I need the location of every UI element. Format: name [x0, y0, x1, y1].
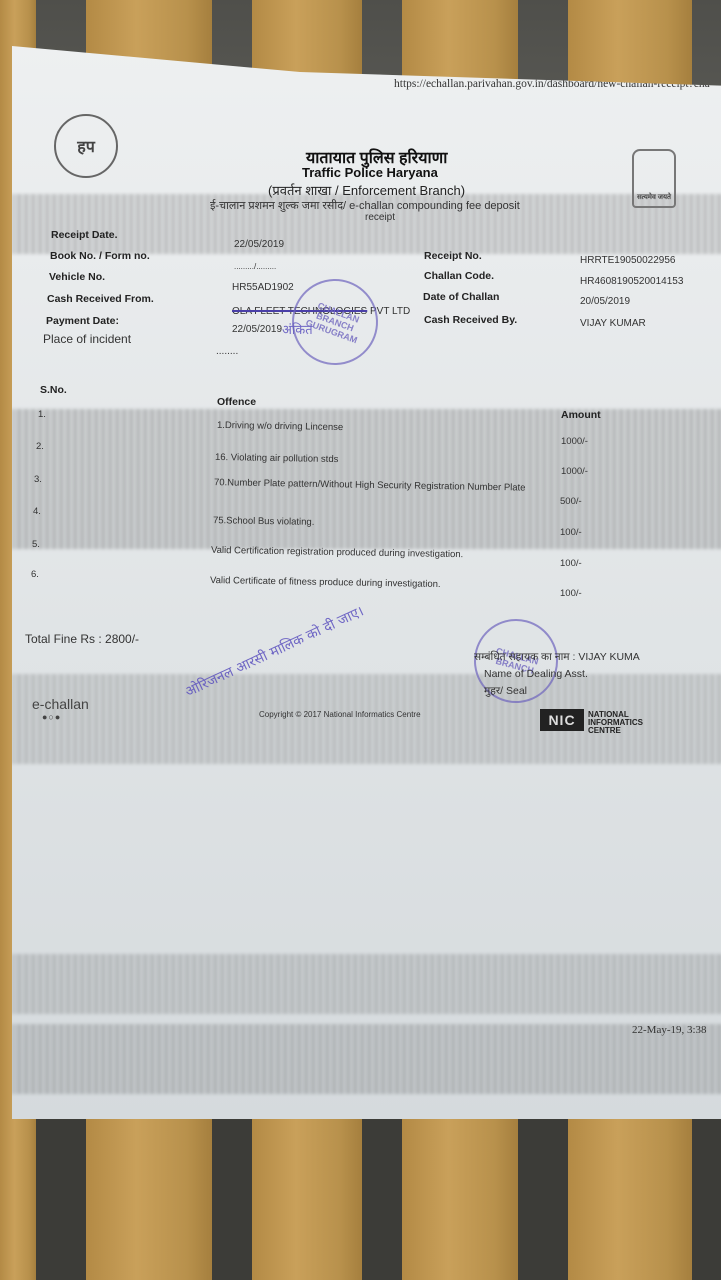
nic-name: NATIONAL INFORMATICS CENTRE — [588, 711, 643, 735]
echallan-dots-icon: ●○● — [42, 712, 89, 722]
dealing-assistant-name: सम्बंधित सहायक का नाम : VIJAY KUMA — [474, 650, 640, 664]
challan-code-label: Challan Code. — [424, 270, 494, 282]
book-no-value: ........./......... — [234, 262, 276, 271]
row-sno: 5. — [32, 539, 40, 550]
receipt-no-label: Receipt No. — [424, 250, 482, 262]
branch-name: (प्रवर्तन शाखा / Enforcement Branch) — [268, 181, 465, 199]
row-amount: 500/- — [560, 496, 582, 507]
row-amount: 100/- — [560, 527, 582, 538]
row-offence: 75.School Bus violating. — [213, 515, 315, 528]
date-of-challan-label: Date of Challan — [423, 291, 499, 303]
handwritten-note: ओरिजनल आरसी मालिक को दी जाए। — [182, 602, 367, 702]
nic-logo-icon: NIC — [540, 709, 584, 731]
row-sno: 3. — [34, 474, 42, 485]
print-timestamp: 22-May-19, 3:38 — [632, 1024, 707, 1036]
nic-line-3: CENTRE — [588, 727, 643, 735]
cash-received-from-label: Cash Received From. — [47, 293, 154, 305]
date-of-challan-value: 20/05/2019 — [580, 296, 630, 307]
place-of-incident-label: Place of incident — [43, 332, 131, 346]
echallan-logo-text: e-challan — [32, 696, 89, 712]
receipt-no-value: HRRTE19050022956 — [580, 255, 675, 266]
receipt-date-label: Receipt Date. — [51, 229, 118, 241]
place-of-incident-value: ........ — [216, 346, 238, 357]
ashoka-emblem-icon: सत्यमेव जयते — [632, 149, 676, 208]
vehicle-no-label: Vehicle No. — [49, 271, 105, 283]
row-amount: 100/- — [560, 558, 582, 569]
cash-received-by-value: VIJAY KUMAR — [580, 318, 646, 329]
receipt-title-2: receipt — [365, 212, 395, 223]
row-sno: 6. — [31, 569, 39, 580]
column-header-offence: Offence — [217, 396, 256, 408]
book-no-label: Book No. / Form no. — [50, 250, 150, 262]
vehicle-no-value: HR55AD1902 — [232, 282, 294, 293]
copyright-text: Copyright © 2017 National Informatics Ce… — [259, 710, 421, 719]
receipt-date-value: 22/05/2019 — [234, 239, 284, 250]
row-amount: 1000/- — [561, 436, 588, 447]
dealing-assistant-label: Name of Dealing Asst. — [484, 668, 588, 680]
challan-receipt-paper: https://echallan.parivahan.gov.in/dashbo… — [12, 34, 721, 1119]
seal-label: मुहर/ Seal — [484, 684, 527, 698]
row-sno: 1. — [38, 409, 46, 420]
echallan-logo: e-challan ●○● — [32, 696, 89, 722]
column-header-sno: S.No. — [40, 384, 67, 396]
row-offence: Valid Certificate of fitness produce dur… — [210, 575, 441, 590]
nic-logo-text: NIC — [548, 712, 575, 728]
title-english: Traffic Police Haryana — [302, 165, 438, 180]
row-offence: 70.Number Plate pattern/Without High Sec… — [214, 477, 544, 494]
row-offence: Valid Certification registration produce… — [211, 545, 463, 560]
emblem-motto: सत्यमेव जयते — [637, 193, 671, 202]
row-offence: 16. Violating air pollution stds — [215, 452, 339, 465]
receipt-title: ई-चालान प्रशमन शुल्क जमा रसीद/ e-challan… — [210, 198, 520, 213]
stamp-text: CHALLAN BRANCH GURUGRAM — [302, 298, 369, 347]
total-fine: Total Fine Rs : 2800/- — [25, 632, 139, 646]
payment-date-value: 22/05/2019 — [232, 324, 282, 335]
row-sno: 2. — [36, 441, 44, 452]
row-amount: 1000/- — [561, 466, 588, 477]
challan-code-value: HR4608190520014153 — [580, 276, 683, 287]
row-amount: 100/- — [560, 588, 582, 599]
cash-received-by-label: Cash Received By. — [424, 314, 517, 326]
challan-branch-stamp: CHALLAN BRANCH GURUGRAM — [280, 267, 390, 377]
row-offence: 1.Driving w/o driving Lincense — [217, 420, 343, 433]
payment-date-label: Payment Date: — [46, 315, 119, 327]
column-header-amount: Amount — [561, 409, 601, 421]
row-sno: 4. — [33, 506, 41, 517]
emblem-text: हप — [77, 135, 95, 157]
haryana-police-emblem-icon: हप — [54, 114, 118, 178]
